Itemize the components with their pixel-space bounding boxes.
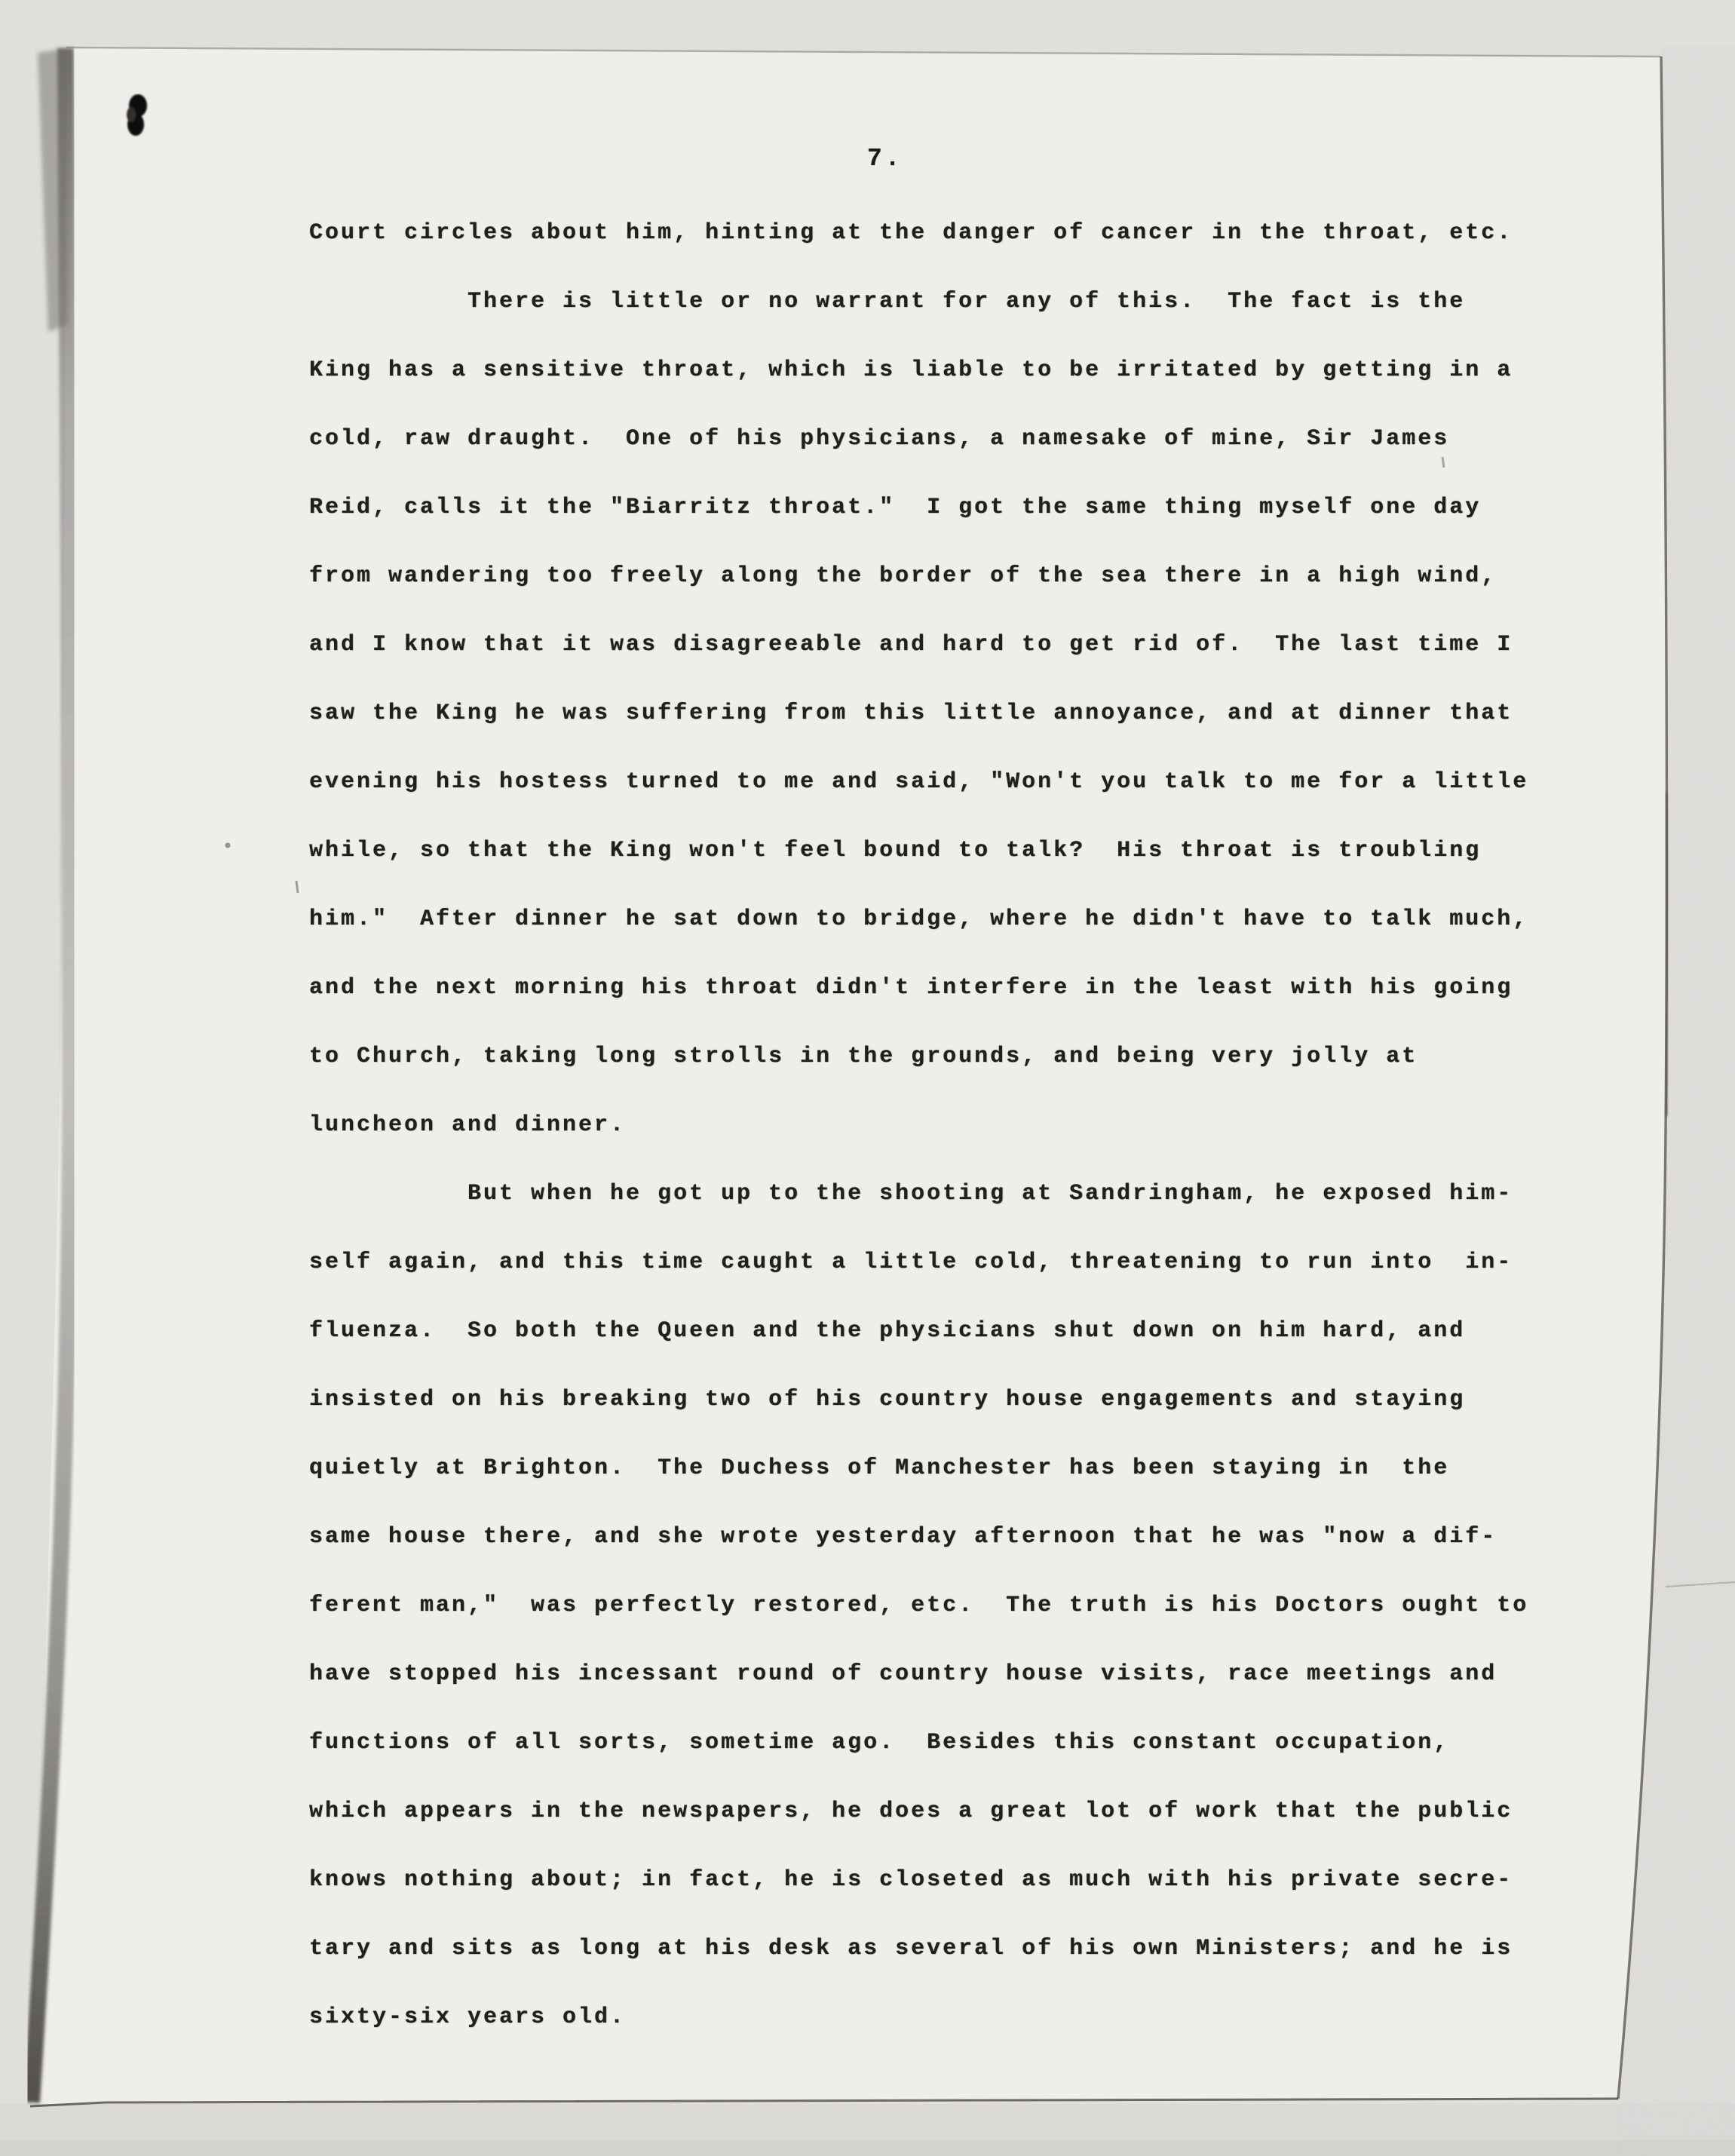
typed-line: quietly at Brighton. The Duchess of Manc…: [309, 1434, 1528, 1503]
typed-line: insisted on his breaking two of his coun…: [309, 1366, 1528, 1434]
typed-line: There is little or no warrant for any of…: [309, 268, 1528, 336]
typed-line: fluenza. So both the Queen and the physi…: [309, 1297, 1528, 1366]
scanned-document-page: 7. Court circles about him, hinting at t…: [0, 0, 1735, 2156]
typed-line: Reid, calls it the "Biarritz throat." I …: [309, 474, 1528, 542]
typed-line: him." After dinner he sat down to bridge…: [309, 885, 1528, 954]
typed-line: functions of all sorts, sometime ago. Be…: [309, 1709, 1528, 1777]
typed-line: and I know that it was disagreeable and …: [309, 611, 1528, 679]
typed-line: evening his hostess turned to me and sai…: [309, 748, 1528, 817]
typed-line: sixty-six years old.: [309, 1983, 1528, 2052]
typed-line: ferent man," was perfectly restored, etc…: [309, 1572, 1528, 1640]
typed-line: King has a sensitive throat, which is li…: [309, 336, 1528, 405]
typed-line: to Church, taking long strolls in the gr…: [309, 1023, 1528, 1091]
typed-line: saw the King he was suffering from this …: [309, 679, 1528, 748]
typed-line: self again, and this time caught a littl…: [309, 1228, 1528, 1297]
typed-line: cold, raw draught. One of his physicians…: [309, 405, 1528, 474]
typed-line: same house there, and she wrote yesterda…: [309, 1503, 1528, 1572]
typed-line: Court circles about him, hinting at the …: [309, 199, 1528, 268]
typed-text-block: Court circles about him, hinting at the …: [309, 199, 1528, 2052]
typed-line: from wandering too freely along the bord…: [309, 542, 1528, 611]
ink-blot-icon: [121, 94, 154, 139]
typed-line: have stopped his incessant round of coun…: [309, 1640, 1528, 1709]
typed-line: while, so that the King won't feel bound…: [309, 817, 1528, 885]
typed-line: and the next morning his throat didn't i…: [309, 954, 1528, 1023]
typed-line: tary and sits as long at his desk as sev…: [309, 1915, 1528, 1983]
typed-line: which appears in the newspapers, he does…: [309, 1777, 1528, 1846]
typed-line: luncheon and dinner.: [309, 1091, 1528, 1160]
typed-line: knows nothing about; in fact, he is clos…: [309, 1846, 1528, 1915]
page-number: 7.: [867, 145, 903, 173]
typed-line: But when he got up to the shooting at Sa…: [309, 1160, 1528, 1228]
